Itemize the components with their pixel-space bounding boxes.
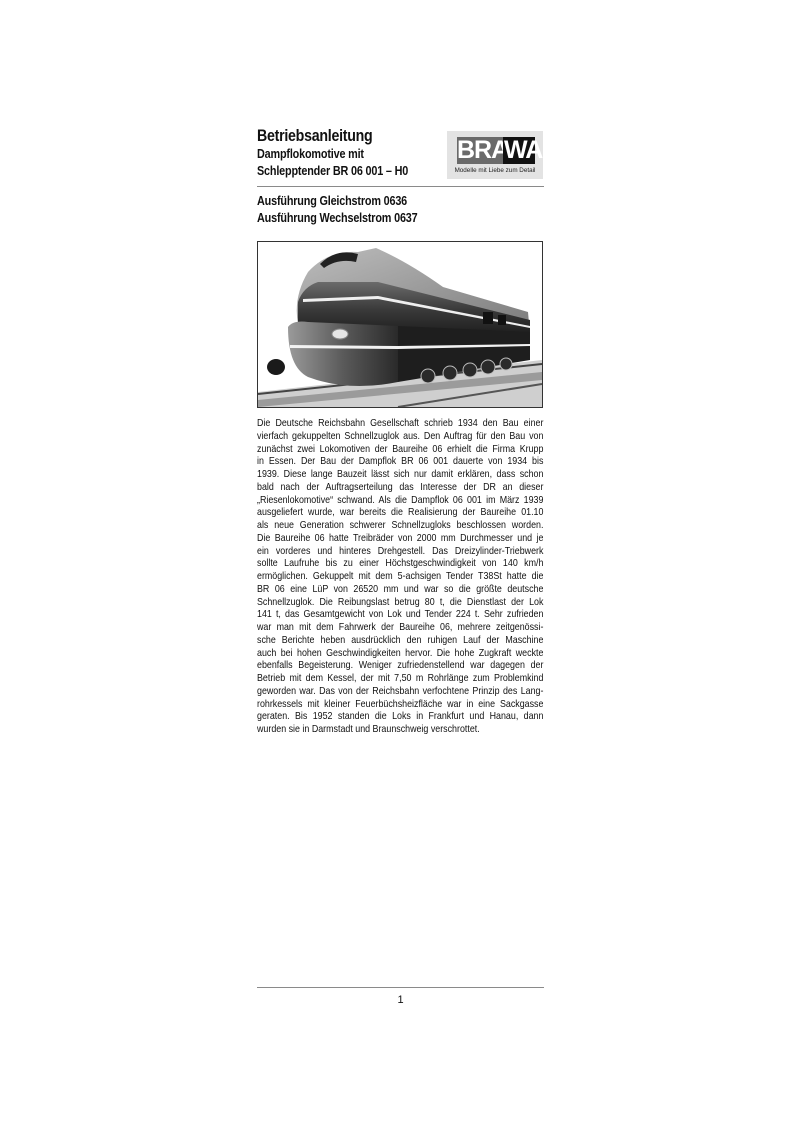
logo-text-left: BRA bbox=[457, 137, 503, 164]
body-line: wurden sie in Darmstadt und Braunschweig… bbox=[257, 724, 543, 737]
logo-tagline: Modelle mit Liebe zum Detail bbox=[447, 167, 543, 174]
body-line: ermöglichen. Gekuppelt mit dem 5-achsige… bbox=[257, 571, 543, 584]
document-title: Betriebsanleitung bbox=[257, 127, 372, 146]
body-line: war man mit dem Fahrwerk der Baureihe 06… bbox=[257, 622, 543, 635]
document-subtitle-line-2: Schlepptender BR 06 001 – H0 bbox=[257, 164, 408, 178]
body-line: sche Berichte heben ausdrücklich den ruh… bbox=[257, 635, 543, 648]
document-subtitle-line-1: Dampflokomotive mit bbox=[257, 147, 364, 161]
body-line: als neue Generation schwerer Schnellzugl… bbox=[257, 520, 543, 533]
footer-divider bbox=[257, 987, 544, 988]
body-line: Die Baureihe 06 hatte Treibräder von 200… bbox=[257, 533, 543, 546]
body-line: bald nach der Auftragserteilung das Inte… bbox=[257, 482, 543, 495]
body-line: BR 06 eine LüP von 26520 mm und war so d… bbox=[257, 584, 543, 597]
brawa-logo-wordmark: BRA WA bbox=[457, 137, 535, 164]
body-line: Schnellzuglok. Die Reibungslast betrug 8… bbox=[257, 597, 543, 610]
body-line: sollte Laufruhe bis zu einer Höchstgesch… bbox=[257, 558, 543, 571]
body-line: ausgeliefert wurde, war bereits die Real… bbox=[257, 507, 543, 520]
body-line: Betrieb mit dem Kessel, der mit 7,50 m R… bbox=[257, 673, 543, 686]
body-text: Die Deutsche Reichsbahn Gesellschaft sch… bbox=[257, 418, 543, 737]
body-line: in Essen. Der Bau der Dampflok BR 06 001… bbox=[257, 456, 543, 469]
body-line: 141 t, das Gesamtgewicht von Lok und Ten… bbox=[257, 609, 543, 622]
header-divider bbox=[257, 186, 544, 187]
body-line: geraten. Bis 1952 standen die Loks in Fr… bbox=[257, 711, 543, 724]
variant-ac: Ausführung Wechselstrom 0637 bbox=[257, 211, 417, 225]
body-line: vierfach gekuppelten Schnellzuglok aus. … bbox=[257, 431, 543, 444]
body-line: Die Deutsche Reichsbahn Gesellschaft sch… bbox=[257, 418, 543, 431]
variant-dc: Ausführung Gleichstrom 0636 bbox=[257, 194, 407, 208]
body-line: rohrkessels mit kleiner Feuerbüchsheizfl… bbox=[257, 699, 543, 712]
body-line: geworden war. Das von der Reichsbahn ver… bbox=[257, 686, 543, 699]
locomotive-illustration bbox=[258, 242, 542, 407]
brawa-logo: BRA WA Modelle mit Liebe zum Detail bbox=[447, 131, 543, 179]
body-line: 1939. Diese lange Bauzeit lässt sich nur… bbox=[257, 469, 543, 482]
body-line: auch bei hohen Geschwindigkeiten hervor.… bbox=[257, 648, 543, 661]
body-line: zunächst zwei Lokomotiven der Baureihe 0… bbox=[257, 444, 543, 457]
body-line: ein vorderes und hinteres Drehgestell. D… bbox=[257, 546, 543, 559]
logo-text-right: WA bbox=[503, 137, 535, 164]
body-line: „Riesenlokomotive“ schwand. Als die Damp… bbox=[257, 495, 543, 508]
page-number: 1 bbox=[257, 994, 544, 1006]
locomotive-photo bbox=[257, 241, 543, 408]
body-line: ebenfalls Begeisterung. Weniger zufriede… bbox=[257, 660, 543, 673]
